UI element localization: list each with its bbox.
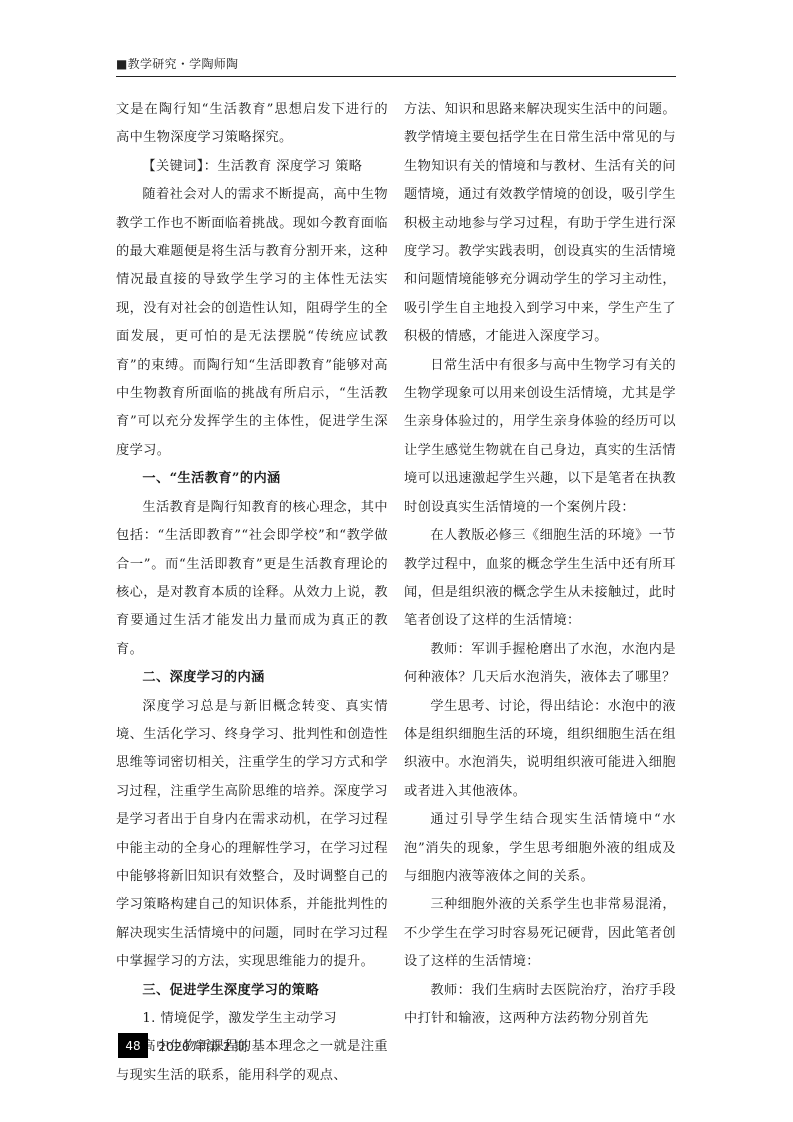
issue-label: 2020 年第 2 期 [158, 1037, 247, 1055]
section-heading: 三、促进学生深度学习的策略 [116, 977, 388, 1005]
paragraph: 方法、知识和思路来解决现实生活中的问题。教学情境主要包括学生在日常生活中常见的与… [404, 96, 676, 352]
subsection-heading: 1. 情境促学，激发学生主动学习 [116, 1005, 388, 1033]
page-footer: 48 2020 年第 2 期 [118, 1033, 247, 1058]
paragraph: 学生思考、讨论，得出结论：水泡中的液体是组织细胞生活的环境，组织细胞生活在组织液… [404, 693, 676, 807]
paragraph: 深度学习总是与新旧概念转变、真实情境、生活化学习、终身学习、批判性和创造性思维等… [116, 693, 388, 977]
right-column: 方法、知识和思路来解决现实生活中的问题。教学情境主要包括学生在日常生活中常见的与… [404, 96, 676, 1033]
page-number: 48 [118, 1033, 148, 1058]
left-column: 文是在陶行知“生活教育”思想启发下进行的高中生物深度学习策略探究。 【关键词】：… [116, 96, 388, 1090]
paragraph: 随着社会对人的需求不断提高，高中生物教学工作也不断面临着挑战。现如今教育面临的最… [116, 181, 388, 465]
running-header: ■教学研究・学陶师陶 [116, 56, 676, 77]
paragraph: 日常生活中有很多与高中生物学习有关的生物学现象可以用来创设生活情境，尤其是学生亲… [404, 352, 676, 522]
dialogue-teacher: 教师：军训手握枪磨出了水泡，水泡内是何种液体？几天后水泡消失，液体去了哪里？ [404, 636, 676, 693]
paragraph: 文是在陶行知“生活教育”思想启发下进行的高中生物深度学习策略探究。 [116, 96, 388, 153]
paragraph: 生活教育是陶行知教育的核心理念，其中包括：“生活即教育”“社会即学校”和“教学做… [116, 494, 388, 664]
section-heading: 二、深度学习的内涵 [116, 664, 388, 692]
keywords: 【关键词】：生活教育 深度学习 策略 [116, 153, 388, 181]
section-heading: 一、“生活教育”的内涵 [116, 465, 388, 493]
paragraph: 三种细胞外液的关系学生也非常易混淆，不少学生在学习时容易死记硬背，因此笔者创设了… [404, 891, 676, 976]
paragraph: 通过引导学生结合现实生活情境中“水泡”消失的现象，学生思考细胞外液的组成及与细胞… [404, 806, 676, 891]
dialogue-teacher: 教师：我们生病时去医院治疗，治疗手段中打针和输液，这两种方法药物分别首先 [404, 977, 676, 1034]
section-title: ■教学研究・学陶师陶 [116, 56, 676, 72]
paragraph: 在人教版必修三《细胞生活的环境》一节教学过程中，血浆的概念学生生活中还有所耳闻，… [404, 522, 676, 636]
